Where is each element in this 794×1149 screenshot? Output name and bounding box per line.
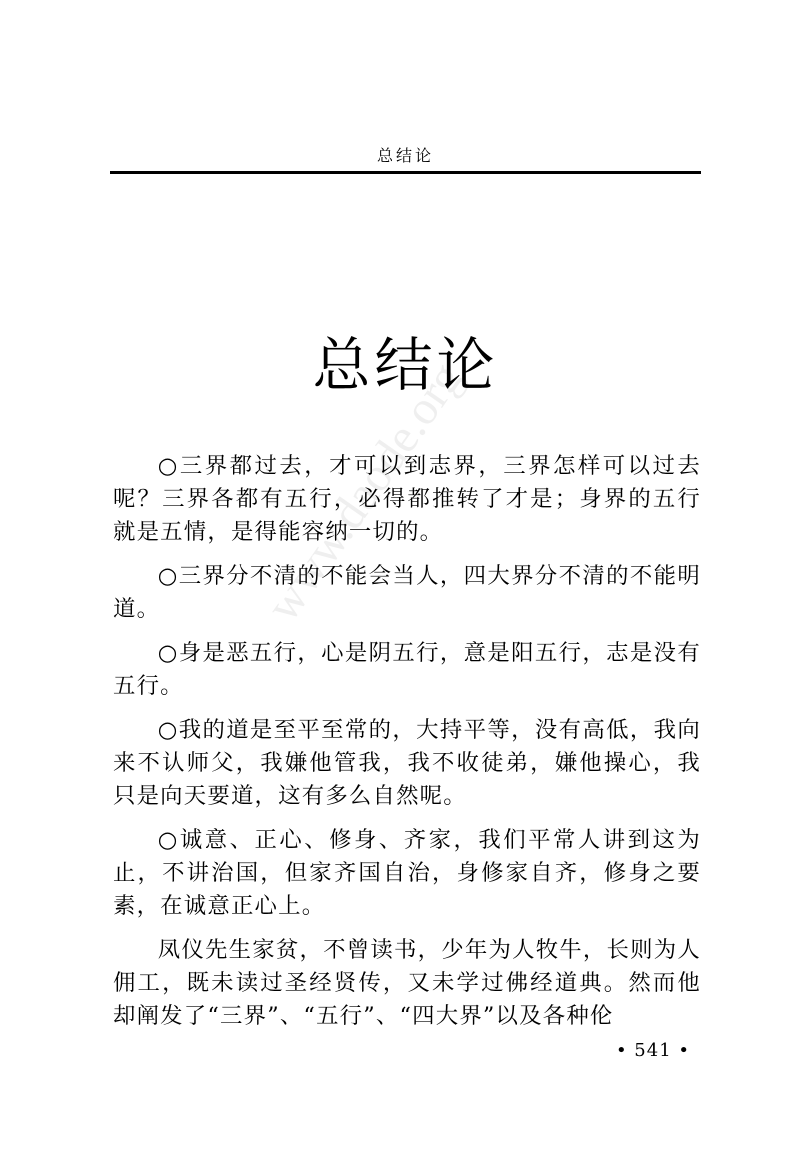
body-text: ○三界都过去，才可以到志界，三界怎样可以过去呢？三界各都有五行，必得都推转了才是… xyxy=(113,450,701,1044)
paragraph: ○我的道是至平至常的，大持平等，没有高低，我向来不认师父，我嫌他管我，我不收徒弟… xyxy=(113,714,701,813)
chapter-title: 总结论 xyxy=(110,330,701,400)
page-number: • 541 • xyxy=(616,1040,690,1061)
paragraph: ○身是恶五行，心是阴五行，意是阳五行，志是没有五行。 xyxy=(113,637,701,703)
header-rule xyxy=(110,171,701,174)
paragraph: 凤仪先生家贫，不曾读书，少年为人牧牛，长则为人佣工，既未读过圣经贤传，又未学过佛… xyxy=(113,934,701,1033)
paragraph: ○诚意、正心、修身、齐家，我们平常人讲到这为止，不讲治国，但家齐国自治，身修家自… xyxy=(113,824,701,923)
paragraph: ○三界分不清的不能会当人，四大界分不清的不能明道。 xyxy=(113,560,701,626)
paragraph: ○三界都过去，才可以到志界，三界怎样可以过去呢？三界各都有五行，必得都推转了才是… xyxy=(113,450,701,549)
running-head-title: 总结论 xyxy=(110,143,701,166)
